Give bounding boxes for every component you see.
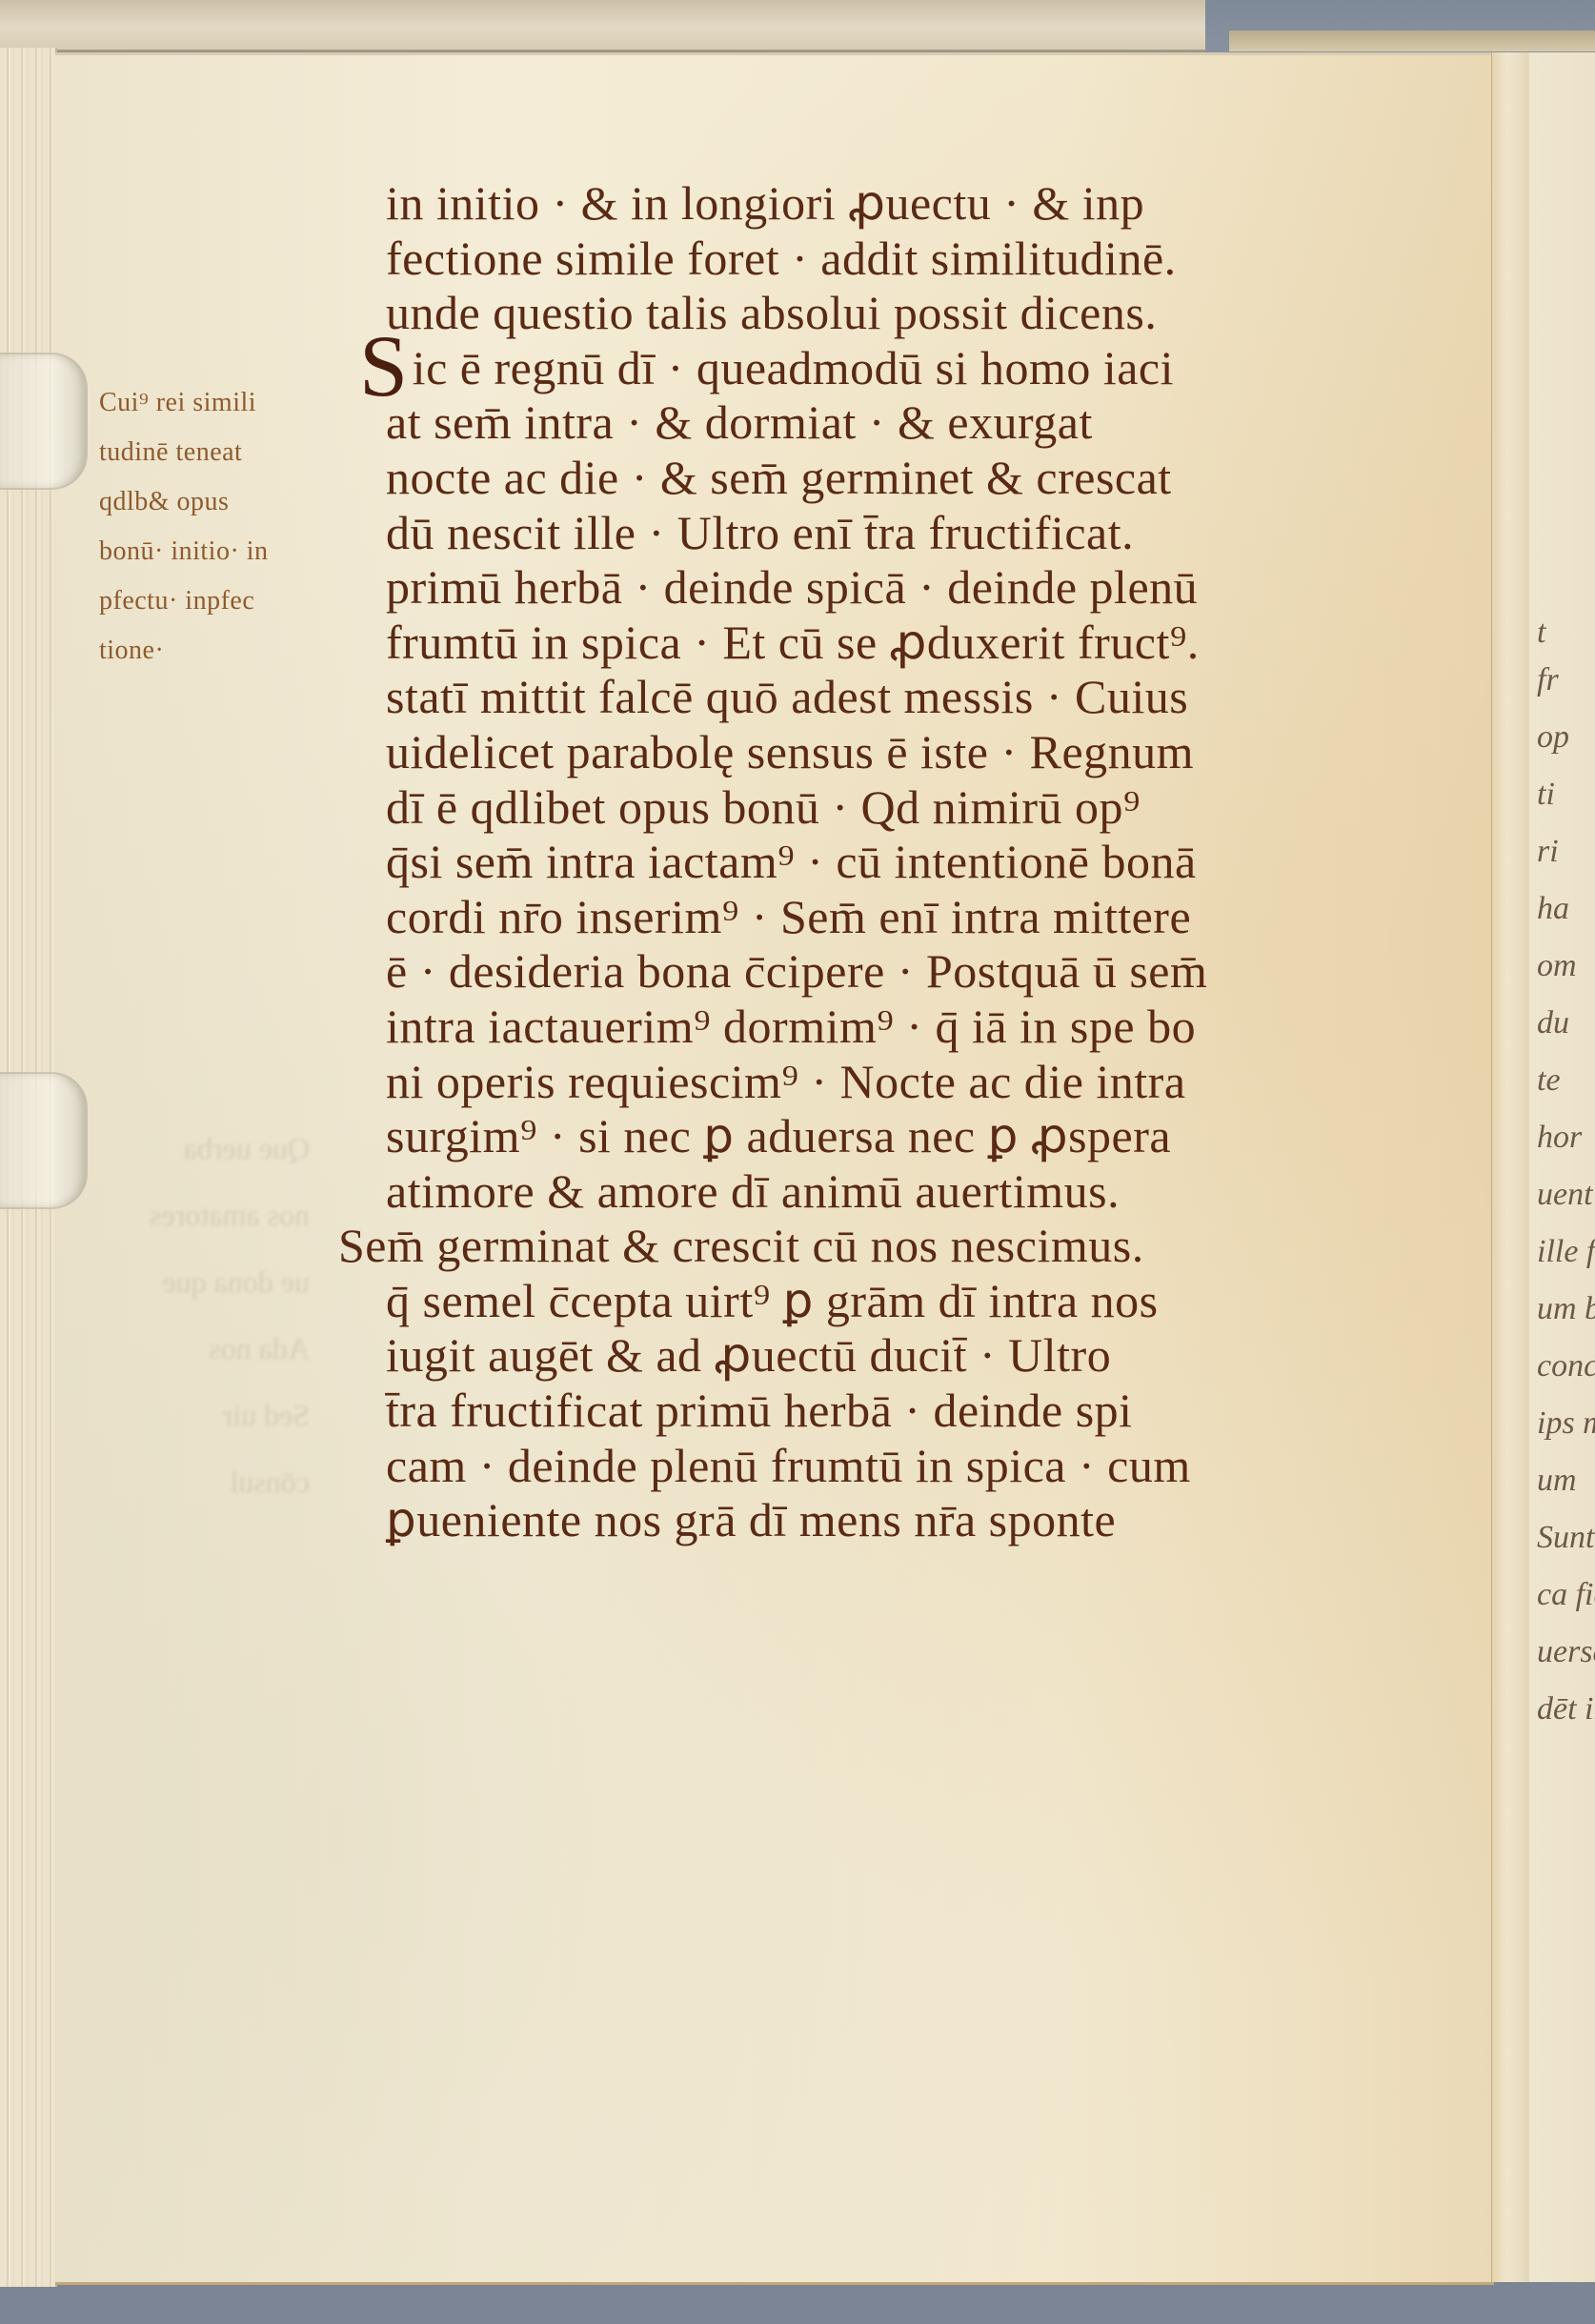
facing-page-line: concet [1537,1348,1595,1384]
facing-page-line: um [1537,1463,1577,1499]
text-line: cam · deinde plenū frumtū in spica · cum [386,1439,1463,1494]
text-line: nocte ac die · & sem̄ germinet & crescat [386,451,1463,506]
glass-weight-top [0,353,88,490]
facing-page-line: te [1537,1062,1561,1099]
text-line: ꝑueniente nos grā dī mens nr̄a sponte [386,1493,1463,1548]
facing-page-line: ips m [1537,1405,1595,1442]
facing-page-line: ti [1537,777,1555,813]
show-through-line: Que uerba [91,1115,310,1182]
gloss-line: qdlb& opus [99,477,356,527]
text-line: statī mittit falcē quō adest messis · Cu… [386,670,1463,725]
text-line: cordi nr̄o inserim⁹ · Sem̄ enī intra mit… [386,890,1463,945]
text-line: surgim⁹ · si nec ꝑ aduersa nec ꝑ ꝓspera [386,1109,1463,1164]
text-line: at sem̄ intra · & dormiat · & exurgat [386,395,1463,451]
facing-page-line: ri [1537,834,1559,870]
facing-page-line: hor [1537,1120,1582,1156]
text-line: primū herbā · deinde spicā · deinde plen… [386,560,1463,616]
facing-page-line: fr [1537,662,1559,698]
text-line: in initio · & in longiori ꝓuectu · & inp [386,176,1463,232]
show-through-line: ue dona que [91,1248,310,1315]
text-line: dī ē qdlibet opus bonū · Qd nimirū op⁹ [386,780,1463,836]
text-line: t̄ra fructificat primū herbā · deinde sp… [386,1384,1463,1439]
book-binding-top-edge [0,0,1205,51]
show-through-line: Ada nos [91,1315,310,1382]
text-line: ē · desideria bona c̄cipere · Postquā ū … [386,944,1463,1000]
facing-page-line: dēt in [1537,1691,1595,1728]
facing-page-line: du [1537,1005,1569,1041]
facing-page-line: ca fie [1537,1577,1595,1613]
text-line: atimore & amore dī animū auertimus. [386,1164,1463,1220]
book-gutter [1491,52,1530,2282]
text-line: q̄ semel c̄cepta uirt⁹ ꝑ grām dī intra n… [386,1274,1463,1329]
gloss-line: bonū· initio· in [99,527,356,576]
facing-page-edge: t fr op ti ri ha om du te hor uent ille … [1529,52,1595,2282]
main-text-block: in initio · & in longiori ꝓuectu · & inp… [386,176,1463,1548]
facing-page-line: ha [1537,891,1569,927]
show-through-line: cōnsul [91,1448,310,1515]
facing-page-line: Sunt e [1537,1520,1595,1556]
facing-page-line: op [1537,719,1569,756]
show-through-text: Que uerba nos amatores ue dona que Ada n… [91,1115,310,1515]
gloss-line: tione· [99,626,356,676]
facing-page-line: uersa [1537,1634,1595,1670]
facing-page-line: t [1537,615,1545,651]
marginal-gloss: Cui⁹ rei simili tudinē teneat qdlb& opus… [99,378,356,676]
facing-page-line: uent [1537,1177,1593,1213]
text-line: intra iactauerim⁹ dormim⁹ · q̄ iā in spe… [386,1000,1463,1055]
text-line: uidelicet parabolę sensus ē iste · Regnu… [386,725,1463,780]
facing-page-line: um bo [1537,1291,1595,1327]
facing-page-line: om [1537,948,1577,984]
text-line-with-initial: Sic ē regnū dī · queadmodū si homo iaci [386,341,1463,396]
text-line: fectione simile foret · addit similitudi… [386,232,1463,287]
backdrop-bottom [0,2282,1595,2324]
text-line: frumtū in spica · Et cū se ꝓduxerit fruc… [386,616,1463,671]
gloss-line: tudinē teneat [99,428,356,477]
book-binding-top-right [1229,30,1595,51]
text-line: iugit augēt & ad ꝓuectū ducit̄ · Ultro [386,1328,1463,1384]
show-through-line: Sed uir [91,1382,310,1448]
text-line-rest: ic ē regnū dī · queadmodū si homo iaci [413,341,1174,394]
show-through-line: nos amatores [91,1182,310,1248]
text-line: unde questio talis absolui possit dicens… [386,286,1463,341]
gloss-line: pfectu· inpfec [99,576,356,626]
text-line: q̄si sem̄ intra iactam⁹ · cū intentionē … [386,835,1463,890]
facing-page-line: ille f [1537,1234,1595,1270]
text-line: dū nescit ille · Ultro enī t̄ra fructifi… [386,506,1463,561]
text-line: Sem̄ germinat & crescit cū nos nescimus. [338,1219,1463,1274]
text-line: ni operis requiescim⁹ · Nocte ac die int… [386,1055,1463,1110]
gloss-line: Cui⁹ rei simili [99,378,356,428]
glass-weight-bottom [0,1072,88,1209]
